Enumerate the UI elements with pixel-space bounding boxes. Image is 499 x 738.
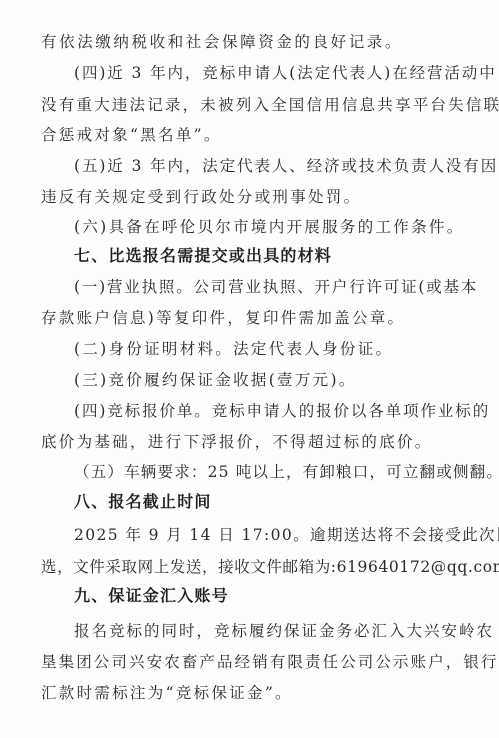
paragraph-line: (六)具备在呼伦贝尔市境内开展服务的工作条件。 (74, 217, 465, 237)
paragraph-line: 汇款时需标注为“竞标保证金”。 (41, 683, 293, 703)
paragraph-line: (五)近 3 年内，法定代表人、经济或技术负责人没有因 (74, 156, 498, 176)
paragraph-line: 合惩戒对象“黑名单”。 (41, 125, 222, 145)
paragraph-line: 有依法缴纳税收和社会保障资金的良好记录。 (41, 32, 403, 52)
paragraph-line: (四)竞标报价单。竞标申请人的报价以各单项作业标的 (74, 401, 490, 421)
paragraph-line: 违反有关规定受到行政处分或刑事处罚。 (41, 187, 361, 207)
paragraph-line: (一)营业执照。公司营业执照、开户行许可证(或基本 (74, 277, 478, 297)
paragraph-line: 垦集团公司兴安农畜产品经销有限责任公司公示账户，银行 (41, 652, 499, 672)
section-heading-8: 八、报名截止时间 (74, 492, 212, 512)
section-heading-7: 七、比选报名需提交或出具的材料 (74, 246, 332, 266)
document-page: 有依法缴纳税收和社会保障资金的良好记录。 (四)近 3 年内，竞标申请人(法定代… (0, 0, 499, 738)
paragraph-line: 报名竞标的同时，竞标履约保证金务必汇入大兴安岭农 (74, 621, 494, 641)
paragraph-line: (二)身份证明材料。法定代表人身份证。 (74, 339, 393, 359)
section-heading-9: 九、保证金汇入账号 (74, 586, 229, 606)
paragraph-line: （五）车辆要求：25 吨以上，有卸粮口，可立翻或侧翻。 (74, 462, 499, 482)
paragraph-line: 底价为基础，进行下浮报价，不得超过标的底价。 (41, 432, 433, 452)
email-line: 选，文件采取网上发送，接收文件邮箱为:619640172@qq.com。 (41, 557, 499, 577)
paragraph-line: 没有重大违法记录，未被列入全国信用信息共享平台失信联 (41, 95, 499, 115)
paragraph-line: (三)竞价履约保证金收据(壹万元)。 (74, 370, 357, 390)
paragraph-line: (四)近 3 年内，竞标申请人(法定代表人)在经营活动中 (74, 63, 497, 83)
paragraph-line: 2025 年 9 月 14 日 17:00。逾期送达将不会接受此次比 (74, 525, 499, 545)
paragraph-line: 存款账户信息)等复印件，复印件需加盖公章。 (41, 308, 405, 328)
